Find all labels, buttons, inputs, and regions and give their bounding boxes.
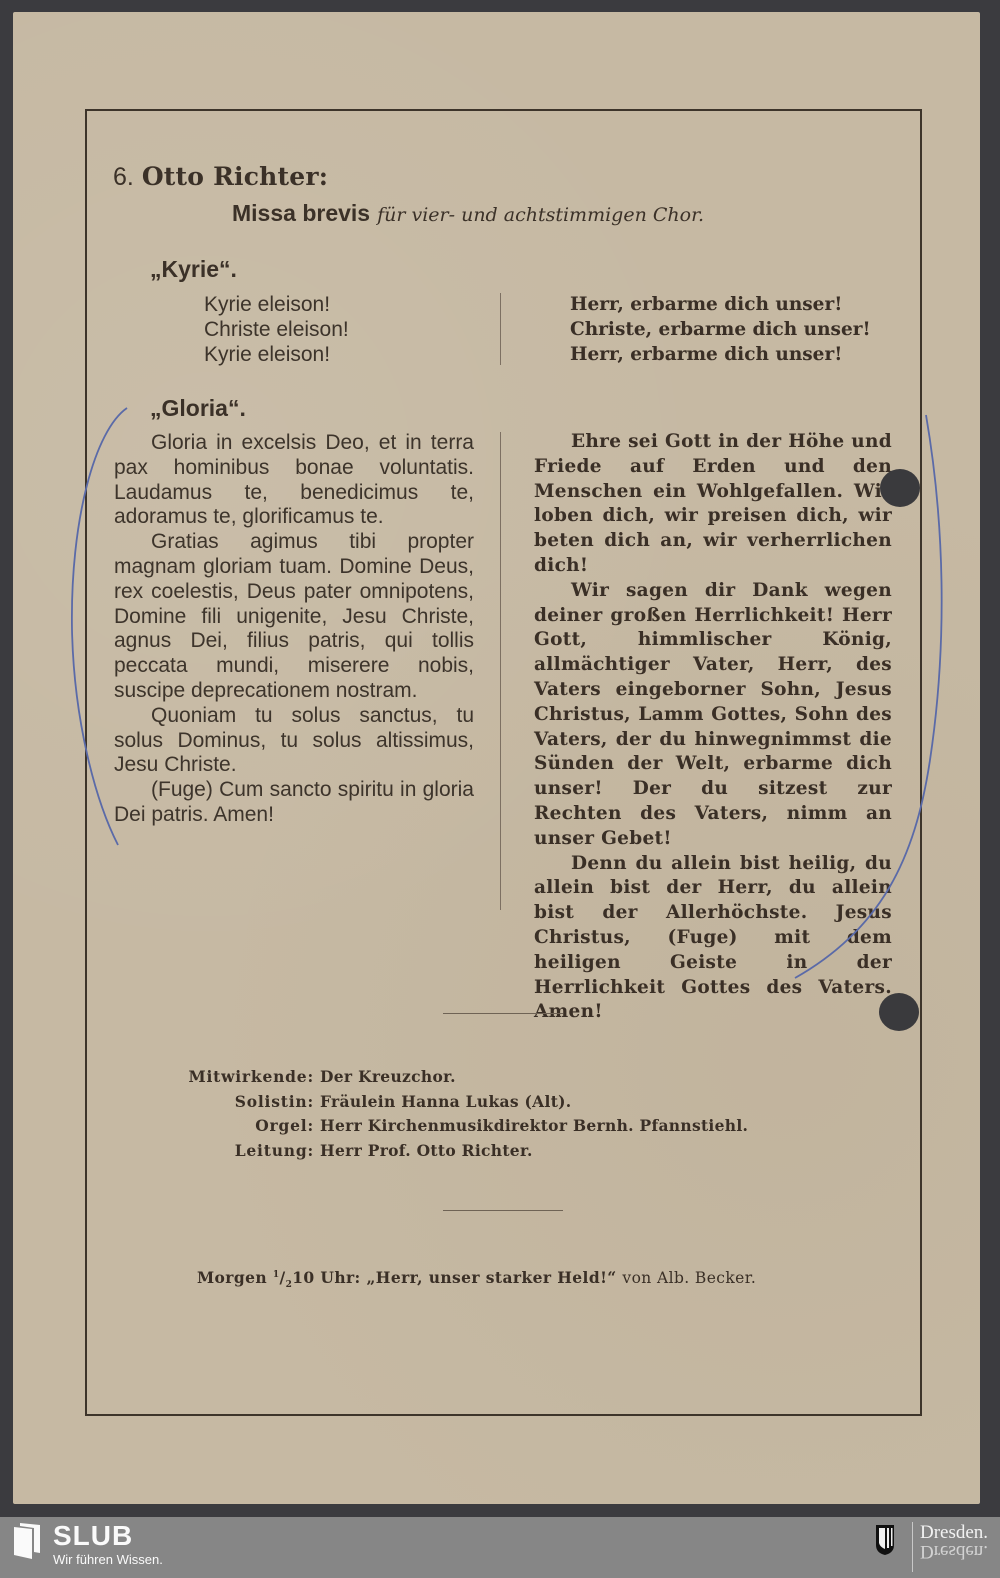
dresden-wordmark-reflection: Dresden.: [920, 1542, 988, 1560]
slub-logo-icon[interactable]: [14, 1523, 42, 1559]
pen-annotation: [0, 0, 1000, 1500]
footer-bar: SLUB Wir führen Wissen. Dresden. Dresden…: [0, 1517, 1000, 1578]
slub-tagline: Wir führen Wissen.: [53, 1552, 163, 1567]
slub-brand[interactable]: SLUB: [53, 1520, 133, 1552]
dresden-crest-icon[interactable]: [876, 1525, 894, 1555]
dresden-wordmark[interactable]: Dresden.: [920, 1524, 988, 1542]
footer-separator: [912, 1522, 913, 1572]
